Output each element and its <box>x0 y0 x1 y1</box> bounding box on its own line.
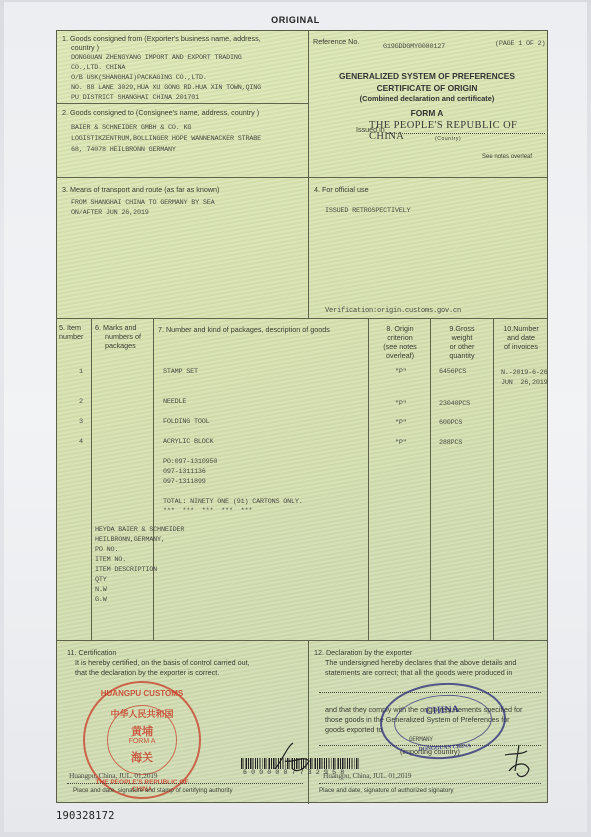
col-invoices: 10.Numberand dateof invoices <box>494 324 548 351</box>
transport-line: ON/AFTER JUN 26,2019 <box>71 208 149 218</box>
certificate-title: CERTIFICATE OF ORIGIN <box>307 83 547 93</box>
signature-icon <box>497 741 537 781</box>
transport-line: FROM SHANGHAI CHINA TO GERMANY BY SEA <box>71 198 215 208</box>
exporter-line: NO. 88 LANE 3029,HUA XU GONG RD.HUA XIN … <box>71 83 261 93</box>
box12-label: 12. Declaration by the exporter <box>314 648 412 657</box>
box1-label-cont: country ) <box>71 43 99 52</box>
item-quantity: 600PCS <box>439 418 462 428</box>
po-line: PO:097-1310950 <box>163 457 217 467</box>
certificate-subtitle: (Combined declaration and certificate) <box>307 94 547 103</box>
invoice-number: N.-2019-6-26 <box>501 368 548 378</box>
divider <box>308 31 309 179</box>
consignee-line: BAIER & SCHNEIDER GMBH & CO. KG <box>71 123 191 133</box>
exporter-line: CO.,LTD. CHINA <box>71 63 125 73</box>
notes-overleaf: See notes overleaf <box>482 153 532 162</box>
item-quantity: 288PCS <box>439 438 462 448</box>
declaration-caption: Place and date, signature of authorized … <box>319 786 454 795</box>
verification-url: Verification:origin.customs.gov.cn <box>325 306 461 316</box>
certification-text: It is hereby certified, on the basis of … <box>75 658 250 667</box>
exporter-line: DONGGUAN ZHENGYANG IMPORT AND EXPORT TRA… <box>71 53 242 63</box>
col-description: 7. Number and kind of packages, descript… <box>158 325 330 334</box>
box11-label: 11. Certification <box>67 648 116 657</box>
original-heading: ORIGINAL <box>0 15 591 25</box>
exporter-line: O/B USK(SHANGHAI)PACKAGING CO.,LTD. <box>71 73 207 83</box>
item-criterion: "P" <box>395 438 407 448</box>
col-item-number: 5. Itemnumber <box>59 323 83 341</box>
declaration-text: statements are correct; that all the goo… <box>325 668 512 677</box>
certification-text: that the declaration by the exporter is … <box>75 668 219 677</box>
divider <box>153 318 154 640</box>
form-a-title: FORM A <box>307 108 547 118</box>
marks-line: HEILBRONN,GERMANY, <box>95 535 165 545</box>
certificate-form: 1. Goods consigned from (Exporter's busi… <box>56 30 548 803</box>
divider <box>493 318 494 640</box>
consignee-line: LOGISTIKZENTRUM,BOLLINGER HOPE WANNENACK… <box>71 134 261 144</box>
item-description: ACRYLIC BLOCK <box>163 437 213 447</box>
marks-line: QTY <box>95 575 107 585</box>
declaration-text: goods exported to <box>325 725 383 734</box>
item-number: 1 <box>79 367 83 377</box>
marks-line: ITEM NO. <box>95 555 126 565</box>
item-description: STAMP SET <box>163 367 198 377</box>
item-number: 3 <box>79 417 83 427</box>
exporter-line: PU DISTRICT SHANGHAI CHINA 201701 <box>71 93 199 103</box>
divider <box>57 640 547 641</box>
item-description: NEEDLE <box>163 397 186 407</box>
box3-label: 3. Means of transport and route (as far … <box>62 185 219 194</box>
certification-caption: Place and date, signature and stamp of c… <box>73 786 233 795</box>
invoice-date: JUN 26,2019 <box>501 378 548 388</box>
divider <box>57 318 547 319</box>
dotted-line <box>67 783 303 784</box>
col-marks: 6. Marks andnumbers ofpackages <box>95 323 153 350</box>
col-origin-criterion: 8. Origincriterion(see notesoverleaf) <box>370 324 430 360</box>
certification-place-date: Huangpu, China, JUL. 01,2019 <box>69 771 157 781</box>
country-caption: (Country) <box>435 135 461 144</box>
gsp-title: GENERALIZED SYSTEM OF PREFERENCES <box>307 71 547 81</box>
official-use-text: ISSUED RETROSPECTIVELY <box>325 206 410 216</box>
item-criterion: "P" <box>395 367 407 377</box>
item-criterion: "P" <box>395 399 407 409</box>
box4-label: 4. For official use <box>314 185 369 194</box>
box2-label: 2. Goods consigned to (Consignee's name,… <box>62 108 259 117</box>
marks-line: HEYDA BAIER & SCHNEIDER <box>95 525 184 535</box>
declaration-text: The undersigned hereby declares that the… <box>325 658 516 667</box>
marks-line: PO NO. <box>95 545 118 555</box>
box1-label: 1. Goods consigned from (Exporter's busi… <box>62 34 261 43</box>
item-description: FOLDING TOOL <box>163 417 210 427</box>
signature-icon <box>265 739 315 777</box>
marks-line: G.W <box>95 595 107 605</box>
divider <box>91 318 92 640</box>
item-quantity: 6456PCS <box>439 367 466 377</box>
po-line: 097-1311136 <box>163 467 206 477</box>
divider <box>308 177 309 319</box>
dotted-line <box>387 133 545 134</box>
total-stars: *** *** *** *** *** <box>163 506 252 516</box>
po-line: 097-1311899 <box>163 477 206 487</box>
item-number: 4 <box>79 437 83 447</box>
reference-label: Reference No. <box>313 37 359 46</box>
divider <box>57 103 308 104</box>
page-indicator: (PAGE 1 OF 2) <box>495 39 545 49</box>
marks-line: ITEM DESCRIPTION <box>95 565 157 575</box>
document-serial-number: 190328172 <box>56 810 115 822</box>
item-quantity: 23040PCS <box>439 399 470 409</box>
divider <box>430 318 431 640</box>
item-criterion: "P" <box>395 418 407 428</box>
reference-number: G19GDDGMY0080127 <box>383 42 445 52</box>
dotted-line <box>319 783 541 784</box>
divider <box>308 640 309 804</box>
customs-stamp: HUANGPU CUSTOMS 中华人民共和国 黄埔 FORM A 海关 THE… <box>83 681 201 799</box>
divider <box>57 177 547 178</box>
marks-line: N.W <box>95 585 107 595</box>
item-number: 2 <box>79 397 83 407</box>
col-gross-weight: 9.Grossweightor otherquantity <box>432 324 492 360</box>
divider <box>368 318 369 640</box>
consignee-line: 68, 74078 HEILBRONN GERMANY <box>71 145 176 155</box>
